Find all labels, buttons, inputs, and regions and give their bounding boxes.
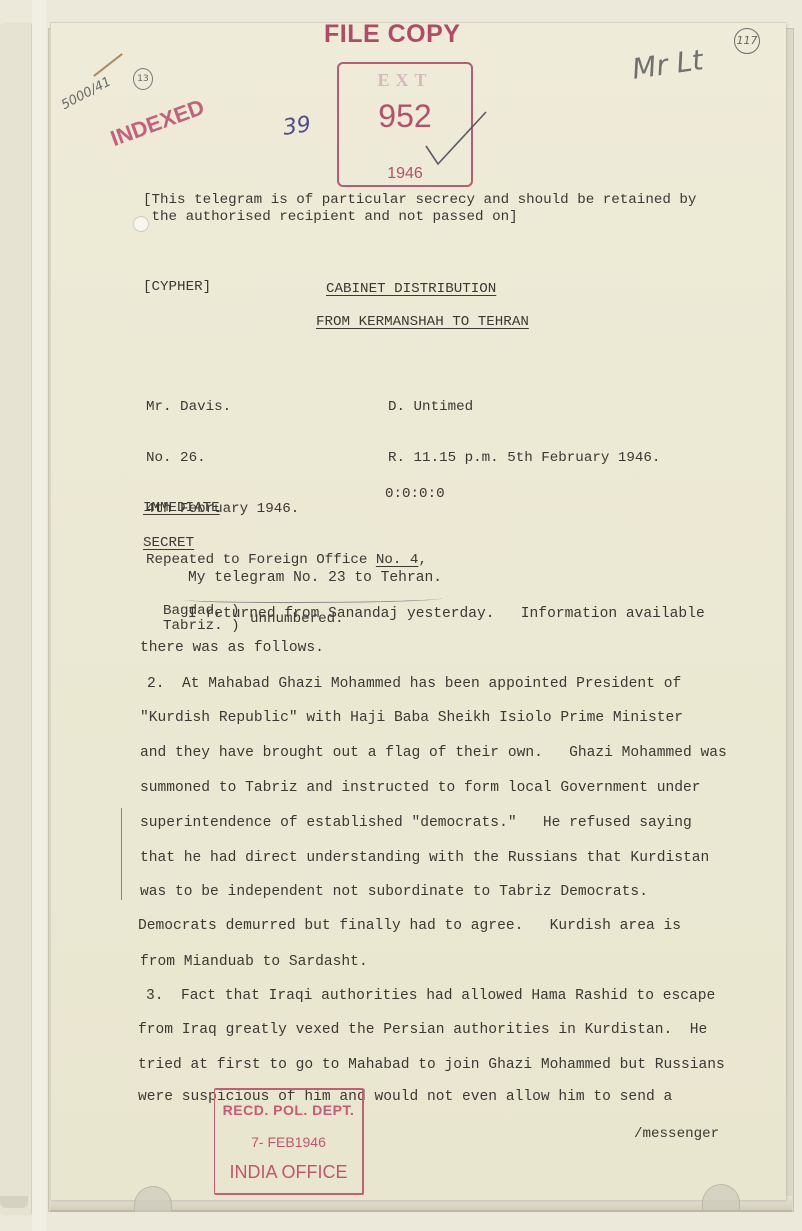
margin-pencil-line: [121, 808, 122, 900]
page-gutter: [32, 0, 46, 1231]
body-line: from Iraq greatly vexed the Persian auth…: [138, 1022, 707, 1038]
telegram-meta-right: D. Untimed R. 11.15 p.m. 5th February 19…: [388, 365, 660, 484]
secrecy-note: [This telegram is of particular secrecy …: [143, 192, 696, 226]
received-stamp-date: 7- FEB1946: [215, 1134, 362, 1150]
sender: Mr. Davis.: [146, 399, 427, 416]
body-line: superintendence of established "democrat…: [140, 815, 692, 831]
handwritten-number: 39: [281, 112, 312, 141]
separator: 0:0:0:0: [385, 486, 445, 503]
route-title: FROM KERMANSHAH TO TEHRAN: [316, 314, 529, 331]
body-line: 3. Fact that Iraqi authorities had allow…: [146, 988, 715, 1004]
body-line: tried at first to go to Mahabad to join …: [138, 1057, 725, 1073]
ext-stamp-label: EXT: [339, 70, 471, 91]
body-line: was to be independent not subordinate to…: [140, 884, 648, 900]
despatched-time: D. Untimed: [388, 399, 660, 416]
body-line: and they have brought out a flag of thei…: [140, 745, 727, 761]
received-time: R. 11.15 p.m. 5th February 1946.: [388, 450, 660, 467]
received-stamp-dept: RECD. POL. DEPT.: [215, 1102, 362, 1118]
body-line: from Mianduab to Sardasht.: [140, 954, 368, 970]
telegram-number: No. 26.: [146, 450, 427, 467]
priority-label: IMMEDIATE: [143, 500, 220, 517]
check-mark-icon: [424, 108, 488, 168]
body-line: there was as follows.: [140, 640, 324, 656]
classification-label: SECRET: [143, 535, 194, 552]
adjacent-page: [0, 24, 32, 1214]
adjacent-page-clip-tab: [0, 1196, 28, 1208]
received-stamp-office: INDIA OFFICE: [215, 1162, 362, 1183]
folio-number: 117: [734, 28, 760, 54]
repeated-number: No. 4: [376, 552, 419, 568]
body-line: Democrats demurred but finally had to ag…: [138, 918, 681, 934]
repeated-to: Repeated to Foreign Office No. 4,: [146, 552, 427, 569]
body-line: I returned from Sanandaj yesterday. Info…: [188, 606, 705, 622]
body-line: that he had direct understanding with th…: [140, 850, 709, 866]
received-stamp: RECD. POL. DEPT. 7- FEB1946 INDIA OFFICE: [214, 1088, 364, 1195]
body-line: summoned to Tabriz and instructed to for…: [140, 780, 701, 796]
distribution-title: CABINET DISTRIBUTION: [326, 281, 496, 298]
file-copy-stamp: FILE COPY: [324, 20, 460, 49]
cypher-label: [CYPHER]: [143, 279, 211, 296]
continuation-word: /messenger: [634, 1126, 719, 1143]
reference-line: My telegram No. 23 to Tehran.: [188, 570, 442, 586]
handwritten-circled-number: 13: [133, 68, 153, 90]
body-line: 2. At Mahabad Ghazi Mohammed has been ap…: [147, 676, 681, 692]
body-line: "Kurdish Republic" with Haji Baba Sheikh…: [140, 710, 683, 726]
